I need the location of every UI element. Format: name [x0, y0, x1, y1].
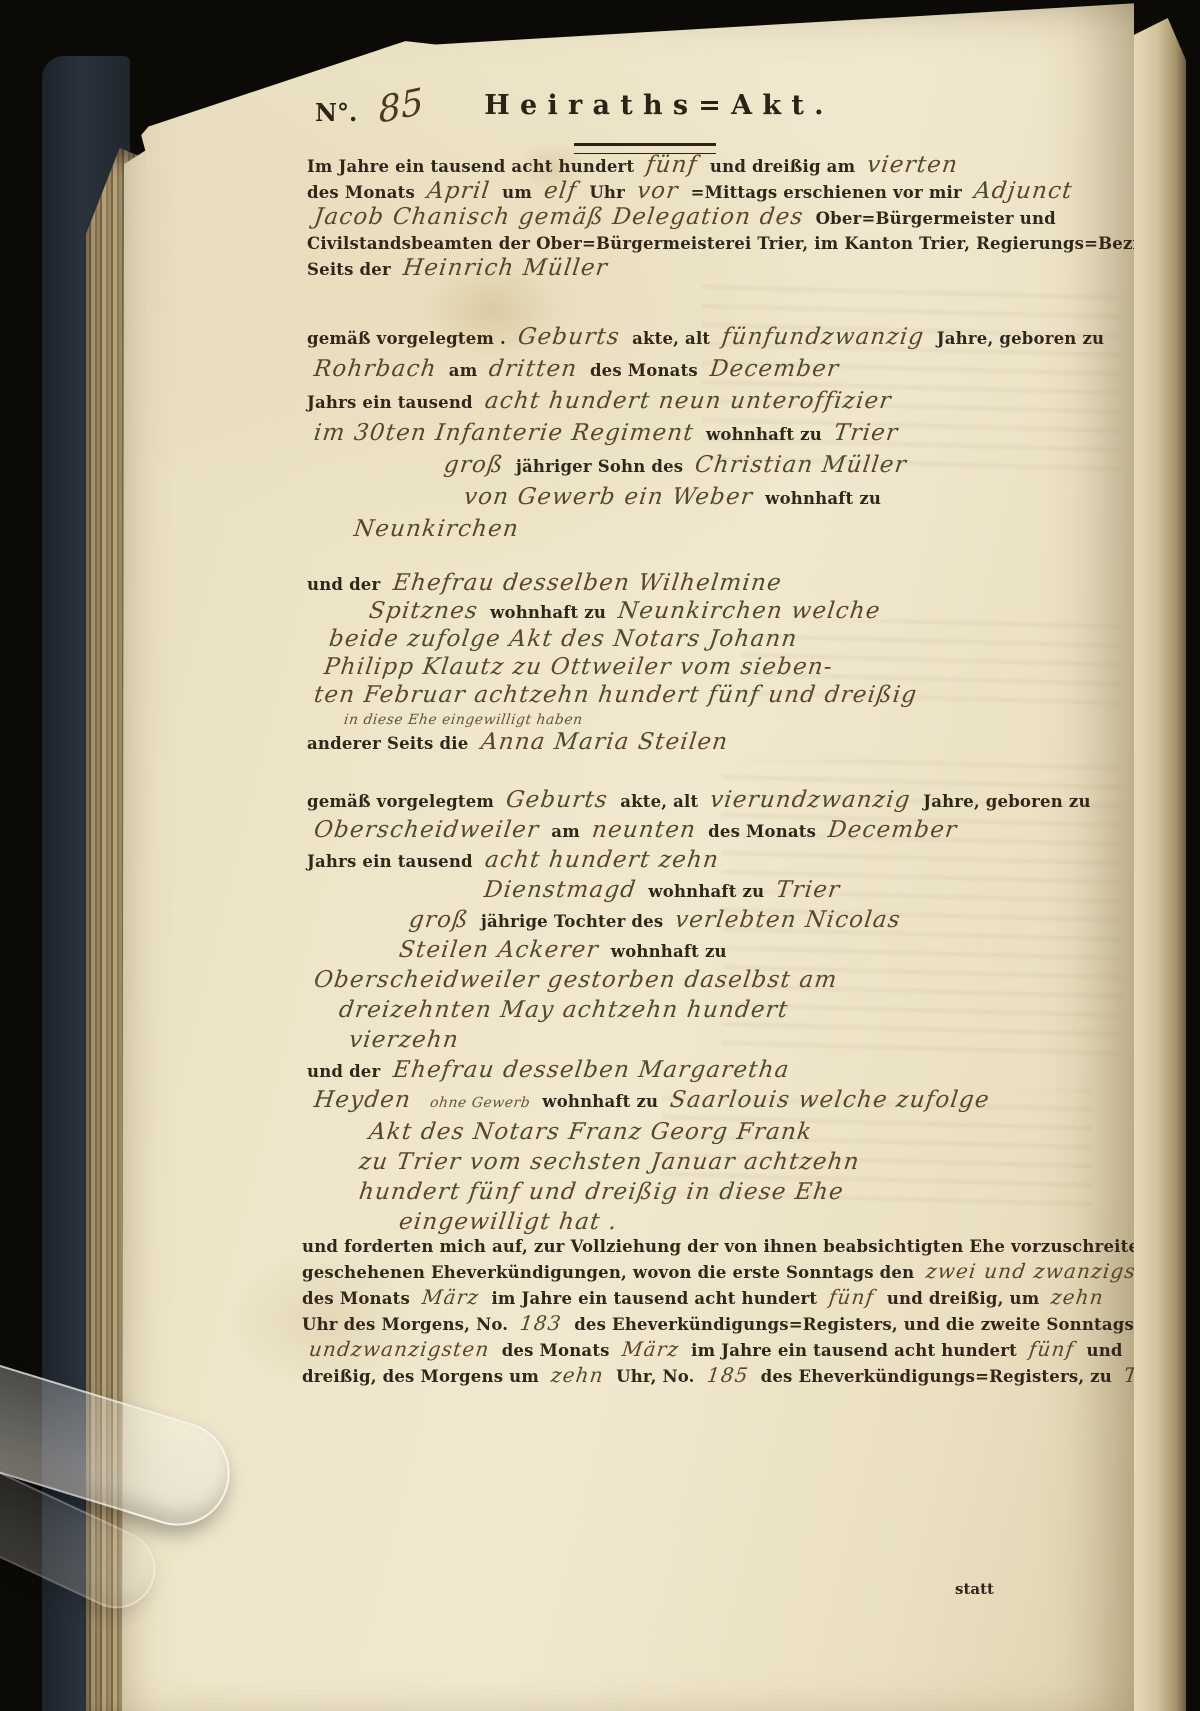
handwritten-entry: Oberscheidweiler: [312, 816, 541, 845]
handwritten-entry: zehn: [550, 1363, 606, 1388]
printed-text: jähriger Sohn des: [516, 457, 683, 476]
printed-text: des Monats: [708, 822, 816, 841]
handwritten-entry: im 30ten Infanterie Regiment: [312, 418, 696, 448]
handwritten-entry: fünf: [645, 153, 700, 178]
handwritten-entry: zehn: [1050, 1285, 1106, 1310]
handwritten-entry: Ehefrau desselben Wilhelmine: [391, 570, 783, 597]
text-line: von Gewerb ein Weber wohnhaft zu: [307, 482, 1027, 514]
handwritten-entry: acht hundert zehn: [483, 846, 721, 875]
handwritten-entry: verlebten Nicolas: [674, 906, 903, 935]
printed-text: wohnhaft zu: [765, 489, 881, 508]
printed-text: wohnhaft zu: [648, 882, 764, 901]
handwritten-entry: Dienstmagd: [482, 876, 638, 905]
handwritten-entry: Spitznes: [367, 598, 479, 625]
printed-text: Jahre, geboren zu: [923, 792, 1090, 811]
handwritten-entry: acht hundert neun unteroffizier: [483, 386, 893, 416]
printed-text: Seits der: [307, 260, 391, 279]
printed-text: und der: [307, 1062, 380, 1081]
handwritten-entry: Heinrich Müller: [401, 256, 609, 281]
handwritten-entry: vierundzwanzig: [709, 786, 913, 815]
text-line: Jahrs ein tausend acht hundert neun unte…: [307, 386, 1027, 418]
text-line: Philipp Klautz zu Ottweiler vom sieben-: [307, 654, 1037, 682]
text-line: geschehenen Eheverkündigungen, wovon die…: [302, 1259, 1047, 1285]
text-line: vierzehn: [307, 1026, 1037, 1056]
handwritten-entry: eingewilligt hat .: [397, 1208, 619, 1237]
printed-text: wohnhaft zu: [611, 942, 727, 961]
text-line: im 30ten Infanterie Regiment wohnhaft zu…: [307, 418, 1027, 450]
handwritten-entry: von Gewerb ein Weber: [462, 482, 755, 512]
printed-text: im Jahre ein tausend acht hundert: [491, 1289, 817, 1308]
handwritten-entry: Steilen Ackerer: [397, 936, 600, 965]
handwritten-entry: ten Februar achtzehn hundert fünf und dr…: [312, 682, 919, 709]
handwritten-entry: zu Trier vom sechsten Januar achtzehn: [357, 1148, 861, 1177]
text-line: Dienstmagd wohnhaft zu Trier: [307, 876, 1037, 906]
printed-text: gemäß vorgelegtem: [307, 792, 494, 811]
handwritten-entry: zwei und zwanzigsten: [925, 1259, 1134, 1284]
text-line: in diese Ehe eingewilligt haben: [307, 710, 1037, 729]
handwritten-entry: Heyden: [312, 1086, 413, 1115]
printed-text: =Mittags erschienen vor mir: [691, 183, 962, 202]
printed-text: und dreißig am: [710, 157, 855, 176]
text-line: Oberscheidweiler am neunten des Monats D…: [307, 816, 1037, 846]
paragraph-banns: und forderten mich auf, zur Vollziehung …: [302, 1234, 1047, 1389]
printed-text: akte, alt: [620, 792, 698, 811]
register-page: N°. 85 Heiraths=Akt. Im Jahre ein tausen…: [122, 0, 1134, 1711]
printed-text: des Eheverkündigungs=Registers, und die …: [574, 1315, 1134, 1334]
handwritten-entry: December: [826, 816, 959, 845]
text-line: gemäß vorgelegtem . Geburts akte, alt fü…: [307, 322, 1027, 354]
printed-text: wohnhaft zu: [706, 425, 822, 444]
text-line: zu Trier vom sechsten Januar achtzehn: [307, 1148, 1037, 1178]
handwritten-entry: dreizehnten May achtzehn hundert: [337, 996, 790, 1025]
printed-text: des Monats: [502, 1341, 610, 1360]
text-line: Akt des Notars Franz Georg Frank: [307, 1118, 1037, 1148]
handwritten-entry: Christian Müller: [694, 450, 910, 480]
record-number-label: N°.: [315, 98, 357, 127]
page-title: Heiraths=Akt.: [474, 90, 844, 121]
handwritten-entry: Trier: [832, 418, 900, 448]
printed-text: anderer Seits die: [307, 734, 468, 753]
handwritten-entry: Akt des Notars Franz Georg Frank: [367, 1118, 814, 1147]
handwritten-entry: hundert fünf und dreißig in diese Ehe: [357, 1178, 845, 1207]
handwritten-entry: vierzehn: [347, 1026, 460, 1055]
printed-text: dreißig, des Morgens um: [302, 1367, 539, 1386]
paragraph-groom-details: gemäß vorgelegtem . Geburts akte, alt fü…: [307, 322, 1027, 546]
text-line: Civilstandsbeamten der Ober=Bürgermeiste…: [307, 231, 1027, 256]
printed-text: im Jahre ein tausend acht hundert: [691, 1341, 1017, 1360]
handwritten-entry: neunten: [590, 816, 698, 845]
handwritten-entry: März: [620, 1337, 680, 1362]
book-scan: N°. 85 Heiraths=Akt. Im Jahre ein tausen…: [0, 0, 1200, 1711]
handwritten-entry: fünf: [828, 1285, 876, 1310]
handwritten-entry: Saarlouis welche zufolge: [669, 1086, 992, 1115]
handwritten-entry: Jacob Chanisch gemäß Delegation des: [312, 205, 805, 230]
text-line: Im Jahre ein tausend acht hundert fünf u…: [307, 153, 1027, 179]
handwritten-entry: fünf: [1028, 1337, 1076, 1362]
handwritten-entry: groß: [407, 906, 470, 935]
text-line: dreißig, des Morgens um zehn Uhr, No. 18…: [302, 1363, 1047, 1389]
handwritten-entry: März: [420, 1285, 480, 1310]
handwritten-entry: undzwanzigsten: [307, 1337, 491, 1362]
text-line: des Monats April um elf Uhr vor =Mittags…: [307, 179, 1027, 205]
text-line: ten Februar achtzehn hundert fünf und dr…: [307, 682, 1037, 710]
printed-text: und: [1087, 1341, 1123, 1360]
catchword: statt: [955, 1580, 994, 1598]
printed-text: Jahrs ein tausend: [307, 393, 473, 412]
handwritten-entry: groß: [442, 450, 505, 480]
text-line: Heyden ohne Gewerb wohnhaft zu Saarlouis…: [307, 1086, 1037, 1118]
handwritten-entry: Rohrbach: [312, 354, 438, 384]
handwritten-entry: dritten: [488, 354, 580, 384]
text-line: groß jährige Tochter des verlebten Nicol…: [307, 906, 1037, 936]
printed-text: Uhr: [589, 183, 625, 202]
text-line: Jacob Chanisch gemäß Delegation des Ober…: [307, 205, 1027, 231]
text-line: beide zufolge Akt des Notars Johann: [307, 626, 1037, 654]
printed-text: jährige Tochter des: [481, 912, 664, 931]
printed-text: des Monats: [590, 361, 698, 380]
paragraph-opening: Im Jahre ein tausend acht hundert fünf u…: [307, 153, 1027, 282]
text-line: anderer Seits die Anna Maria Steilen: [307, 729, 1037, 757]
handwritten-entry: Neunkirchen welche: [616, 598, 882, 625]
adjacent-page-edge: [1134, 18, 1186, 1711]
printed-text: geschehenen Eheverkündigungen, wovon die…: [302, 1263, 914, 1282]
handwritten-entry: Geburts: [516, 322, 622, 352]
text-line: und der Ehefrau desselben Margaretha: [307, 1056, 1037, 1086]
handwritten-entry: ohne Gewerb: [428, 1089, 532, 1118]
printed-text: des Monats: [307, 183, 415, 202]
handwritten-entry: Philipp Klautz zu Ottweiler vom sieben-: [322, 654, 834, 681]
text-line: undzwanzigsten des Monats März im Jahre …: [302, 1337, 1047, 1363]
handwritten-entry: Geburts: [504, 786, 610, 815]
handwritten-entry: Ehefrau desselben Margaretha: [391, 1056, 791, 1085]
handwritten-entry: fünfundzwanzig: [721, 322, 927, 352]
handwritten-entry: beide zufolge Akt des Notars Johann: [327, 626, 799, 653]
printed-text: um: [502, 183, 532, 202]
text-line: des Monats März im Jahre ein tausend ach…: [302, 1285, 1047, 1311]
text-line: gemäß vorgelegtem Geburts akte, alt vier…: [307, 786, 1037, 816]
printed-text: wohnhaft zu: [542, 1092, 658, 1111]
text-line: groß jähriger Sohn des Christian Müller: [307, 450, 1027, 482]
handwritten-entry: Trier: [775, 876, 843, 905]
printed-text: Ober=Bürgermeister und: [816, 209, 1056, 228]
printed-text: gemäß vorgelegtem .: [307, 329, 506, 348]
paragraph-groom-parents-consent: und der Ehefrau desselben Wilhelmine Spi…: [307, 570, 1037, 757]
text-line: Spitznes wohnhaft zu Neunkirchen welche: [307, 598, 1037, 626]
printed-text: wohnhaft zu: [490, 603, 606, 622]
handwritten-entry: April: [425, 179, 491, 204]
printed-text: und dreißig, um: [887, 1289, 1040, 1308]
printed-text: des Eheverkündigungs=Registers, zu: [761, 1367, 1112, 1386]
handwritten-entry: Trier: [1123, 1363, 1134, 1388]
text-line: Oberscheidweiler gestorben daselbst am: [307, 966, 1037, 996]
printed-text: am: [449, 361, 478, 380]
printed-text: akte, alt: [632, 329, 710, 348]
printed-text: Uhr des Morgens, No.: [302, 1315, 508, 1334]
handwritten-entry: vor: [636, 179, 681, 204]
handwritten-entry: elf: [543, 179, 579, 204]
handwritten-entry: 183: [519, 1311, 564, 1336]
text-line: Neunkirchen: [307, 514, 1027, 546]
text-line: und der Ehefrau desselben Wilhelmine: [307, 570, 1037, 598]
paragraph-bride-details: gemäß vorgelegtem Geburts akte, alt vier…: [307, 786, 1037, 1238]
handwritten-entry: in diese Ehe eingewilligt haben: [343, 711, 584, 729]
text-line: Seits der Heinrich Müller: [307, 256, 1027, 282]
text-line: Steilen Ackerer wohnhaft zu: [307, 936, 1037, 966]
handwritten-entry: Oberscheidweiler gestorben daselbst am: [312, 966, 839, 995]
printed-text: und forderten mich auf, zur Vollziehung …: [302, 1237, 1134, 1256]
text-line: Jahrs ein tausend acht hundert zehn: [307, 846, 1037, 876]
printed-text: Civilstandsbeamten der Ober=Bürgermeiste…: [307, 234, 1134, 253]
handwritten-entry: Neunkirchen: [352, 514, 521, 544]
printed-text: Uhr, No.: [616, 1367, 695, 1386]
handwritten-entry: Adjunct: [972, 179, 1074, 204]
handwritten-entry: December: [708, 354, 841, 384]
text-line: dreizehnten May achtzehn hundert: [307, 996, 1037, 1026]
printed-text: des Monats: [302, 1289, 410, 1308]
record-number-value: 85: [377, 81, 425, 132]
text-line: und forderten mich auf, zur Vollziehung …: [302, 1234, 1047, 1259]
printed-text: Jahre, geboren zu: [937, 329, 1104, 348]
text-line: Rohrbach am dritten des Monats December: [307, 354, 1027, 386]
text-line: hundert fünf und dreißig in diese Ehe: [307, 1178, 1037, 1208]
text-line: Uhr des Morgens, No. 183 des Eheverkündi…: [302, 1311, 1047, 1337]
printed-text: und der: [307, 575, 380, 594]
handwritten-entry: 185: [705, 1363, 750, 1388]
handwritten-entry: vierten: [866, 153, 960, 178]
handwritten-entry: Anna Maria Steilen: [479, 729, 730, 756]
printed-text: am: [551, 822, 580, 841]
printed-text: Im Jahre ein tausend acht hundert: [307, 157, 634, 176]
printed-text: Jahrs ein tausend: [307, 852, 473, 871]
